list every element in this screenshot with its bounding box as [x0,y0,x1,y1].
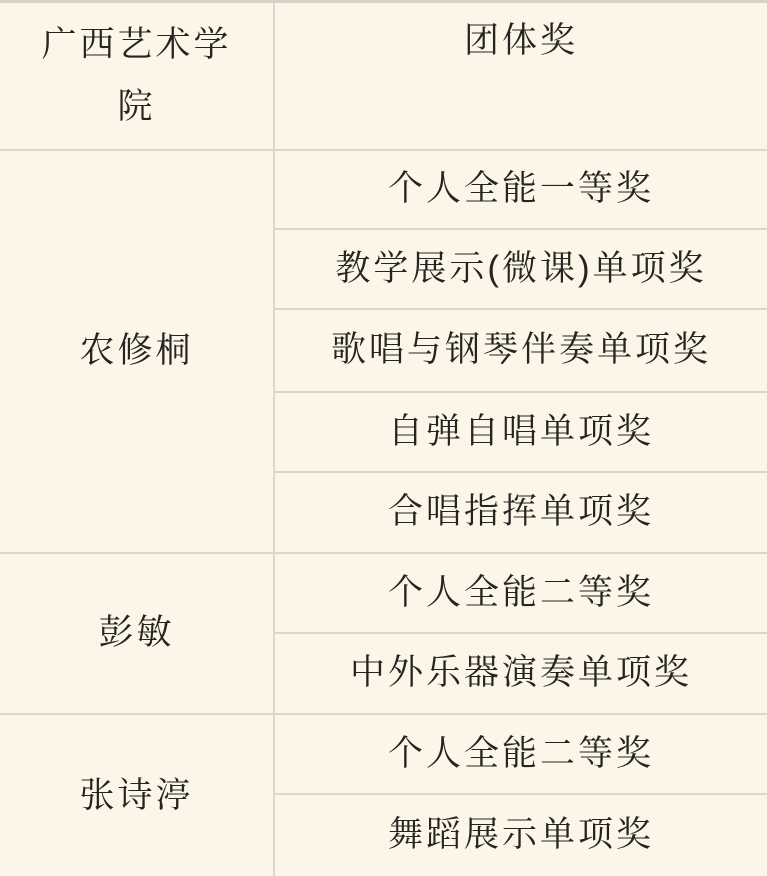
awards-table: 广西艺术学院 团体奖 农修桐 个人全能一等奖 教学展示(微课)单项奖 歌唱与钢琴… [0,0,767,876]
award-cell: 舞蹈展示单项奖 [274,794,767,876]
award-cell: 合唱指挥单项奖 [274,472,767,553]
table-row: 广西艺术学院 团体奖 [0,2,767,150]
award-cell: 自弹自唱单项奖 [274,392,767,472]
entity-cell-nong-xiutong: 农修桐 [0,150,274,553]
table-row: 农修桐 个人全能一等奖 [0,150,767,229]
award-cell: 个人全能二等奖 [274,714,767,794]
table-row: 张诗渟 个人全能二等奖 [0,714,767,794]
award-cell: 个人全能一等奖 [274,150,767,229]
table-row: 彭敏 个人全能二等奖 [0,553,767,633]
award-cell-group-award: 团体奖 [274,2,767,150]
entity-cell-guangxi-arts-institute: 广西艺术学院 [0,2,274,150]
award-cell: 中外乐器演奏单项奖 [274,633,767,714]
award-cell: 教学展示(微课)单项奖 [274,229,767,309]
entity-cell-zhang-shiting: 张诗渟 [0,714,274,876]
award-cell: 歌唱与钢琴伴奏单项奖 [274,309,767,392]
entity-cell-peng-min: 彭敏 [0,553,274,714]
page: 广西艺术学院 团体奖 农修桐 个人全能一等奖 教学展示(微课)单项奖 歌唱与钢琴… [0,0,767,876]
award-cell: 个人全能二等奖 [274,553,767,633]
